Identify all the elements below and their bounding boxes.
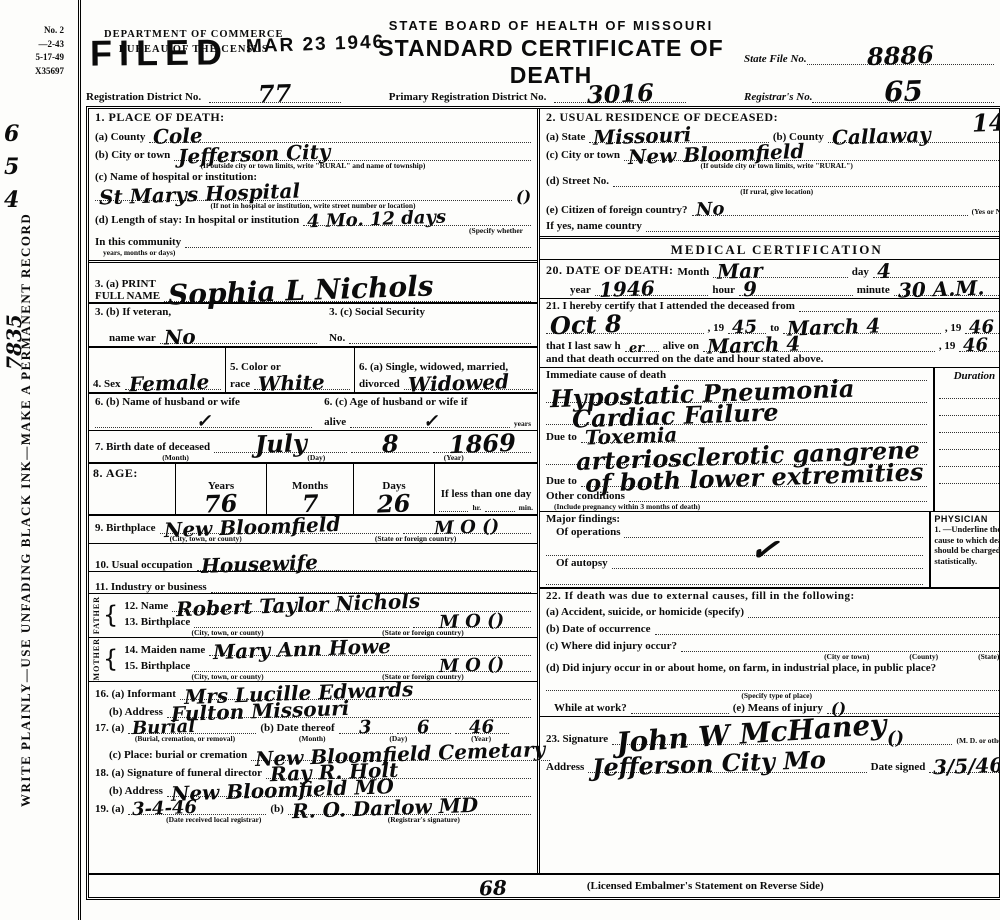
primary-district-label: Primary Registration District No.: [389, 91, 547, 103]
father-brace: {: [103, 601, 118, 629]
country-label: If yes, name country: [546, 220, 642, 232]
registration-district-label: Registration District No.: [86, 91, 201, 103]
dotted-line: [939, 416, 1000, 433]
external-cap-city: (City or town): [824, 652, 869, 661]
burial-date-month: 3: [359, 719, 372, 737]
dod-day-value: 4: [877, 261, 892, 281]
section-usual-residence: 14 2. USUAL RESIDENCE OF DECEASED: (a) S…: [540, 109, 1000, 239]
birthdate-label: 7. Birth date of deceased: [95, 441, 210, 453]
dotted-line: [939, 450, 1000, 467]
street-caption: (If rural, give location): [740, 187, 813, 196]
right-column: 14 2. USUAL RESIDENCE OF DECEASED: (a) S…: [540, 109, 1000, 873]
city-label: (b) City or town: [95, 149, 170, 161]
birthplace-state-value: M O (): [434, 518, 500, 538]
burial-label: 17. (a): [95, 722, 124, 734]
mother-birthplace-value: M O (): [439, 656, 505, 676]
place-heading: 1. PLACE OF DEATH:: [95, 110, 225, 125]
burial-value: Burial: [132, 718, 196, 738]
registrar-no-label: Registrar's No.: [744, 91, 812, 103]
operations-label: Of operations: [556, 526, 620, 538]
external-b-label: (b) Date of occurrence: [546, 623, 651, 635]
saw-label: that I last saw h: [546, 340, 621, 352]
last-seen-value: March 4: [707, 333, 801, 356]
while-at-work-label: While at work?: [554, 702, 627, 714]
birth-month-value: July: [254, 431, 307, 457]
name-label2: FULL NAME: [95, 290, 160, 302]
dod-minute-value: 30 A.M.: [897, 277, 984, 300]
other-conditions-caption: (Include pregnancy within 3 months of de…: [554, 502, 700, 511]
mother-birthplace-label: 15. Birthplace: [124, 660, 190, 672]
dod-hour-value: 9: [743, 279, 758, 299]
received-date-value: 3-4-46: [132, 799, 198, 819]
dotted-line: [939, 382, 1000, 399]
major-findings-block: Major findings: Of operations Of autopsy…: [540, 512, 1000, 589]
stay-caption: (Specify whether: [469, 226, 523, 235]
residence-corner-number: 14: [972, 110, 1000, 135]
funeral-director-label: 18. (a) Signature of funeral director: [95, 767, 262, 779]
birthdate-row: 7. Birth date of deceased July 8 1869 (M…: [89, 431, 537, 464]
primary-district-value: 3016: [586, 81, 654, 107]
certificate-body: 1. PLACE OF DEATH: (a) County Cole (b) C…: [86, 106, 1000, 900]
citizen-label: (e) Citizen of foreign country?: [546, 204, 688, 216]
due-to-label-2: Due to: [546, 475, 577, 487]
father-group: FATHER { 12. Name Robert Taylor Nichols …: [89, 594, 537, 638]
occupation-value: Housewife: [200, 552, 318, 576]
title-block: STATE BOARD OF HEALTH OF MISSOURI STANDA…: [336, 18, 766, 89]
autopsy-label: Of autopsy: [556, 557, 608, 569]
father-cap1: (City, town, or county): [192, 628, 264, 637]
industry-label: 11. Industry or business: [95, 581, 207, 593]
duration-label: Duration: [954, 370, 996, 382]
margin-handwritten-number: 6 5 4: [4, 118, 19, 217]
left-column: 1. PLACE OF DEATH: (a) County Cole (b) C…: [89, 109, 540, 873]
mother-group: MOTHER { 14. Maiden name Mary Ann Howe 1…: [89, 638, 537, 682]
spouse-age-label2: alive: [324, 416, 346, 428]
age-row: 8. AGE: Years 76 Months 7 Days 26 If les…: [89, 464, 537, 516]
residence-state-label: (a) State: [546, 131, 585, 143]
form-number-block: No. 2 —2-43 5-17-49 X35697: [6, 24, 64, 78]
ssn-label2: No.: [329, 332, 345, 344]
attended-from-value: Oct 8: [550, 312, 622, 338]
dod-year-value: 1946: [598, 278, 654, 300]
dotted-line: [939, 433, 1000, 450]
bottom-handwritten-number: 68: [479, 878, 508, 899]
burial-date-year: 46: [469, 719, 495, 738]
residence-city-value: New Bloomfield: [628, 141, 805, 167]
registrar-signature: R. O. Darlow MD: [291, 795, 478, 821]
form-number-line: —2-43: [6, 38, 64, 52]
informant-label: 16. (a) Informant: [95, 688, 176, 700]
findings-pen-mark: ✓: [747, 528, 781, 572]
father-birthplace-value: M O (): [439, 612, 505, 632]
margin-instruction-text: WRITE PLAINLY—USE UNFADING BLACK INK—MAK…: [18, 115, 34, 905]
occupation-label: 10. Usual occupation: [95, 559, 193, 571]
dotted-line: [939, 467, 1000, 484]
residence-county-value: Callaway: [832, 124, 931, 147]
birth-day-value: 8: [381, 432, 399, 457]
attended-row: 21. I hereby certify that I attended the…: [540, 299, 1000, 368]
external-heading: 22. If death was due to external causes,…: [546, 590, 855, 602]
date-signed-label: Date signed: [871, 761, 926, 773]
birthplace-label: 9. Birthplace: [95, 522, 156, 534]
state-file-label: State File No.: [744, 53, 807, 65]
external-causes-block: 22. If death was due to external causes,…: [540, 589, 1000, 717]
embalmer-note: (Licensed Embalmer's Statement on Revers…: [587, 880, 824, 892]
citizen-caption: (Yes or No): [972, 207, 1000, 216]
father-group-label: FATHER: [92, 596, 101, 634]
mother-name-label: 14. Maiden name: [124, 644, 205, 656]
veteran-ssn-row: 3. (b) If veteran, name war No 3. (c) So…: [89, 304, 537, 348]
spouse-age-label: 6. (c) Age of husband or wife if: [324, 396, 531, 408]
spouse-label: 6. (b) Name of husband or wife: [95, 396, 312, 408]
physician-signature-block: 23. Signature John W McHaney () (M. D. o…: [540, 717, 1000, 873]
sex-race-marital-row: 4. Sex Female 5. Color or race White 6. …: [89, 348, 537, 394]
burial-date-label: (b) Date thereof: [260, 722, 334, 734]
age-years-value: 76: [204, 491, 238, 516]
filed-stamp: FILED: [90, 31, 229, 74]
burial-date-day: 6: [417, 719, 430, 737]
physician-title: PHYSICIAN: [934, 514, 1000, 524]
bottom-strip: 68 (Licensed Embalmer's Statement on Rev…: [89, 873, 999, 897]
birth-day-caption: (Day): [307, 453, 325, 462]
race-value: White: [258, 372, 325, 394]
findings-label: Major findings:: [546, 513, 620, 525]
signature-label: 23. Signature: [546, 733, 608, 745]
dod-minute-label: minute: [857, 284, 890, 296]
board-title: STATE BOARD OF HEALTH OF MISSOURI: [336, 18, 766, 33]
registrar-sig-label: (b): [270, 803, 283, 815]
burial-rows: 17. (a) Burial (b) Date thereof 3 6 46 (…: [89, 718, 537, 761]
external-a-label: (a) Accident, suicide, or homicide (spec…: [546, 606, 744, 618]
dotted-line: [939, 399, 1000, 416]
informant-rows: 16. (a) Informant Mrs Lucille Edwards (b…: [89, 682, 537, 718]
mother-brace: {: [103, 645, 118, 673]
stray-mark: (): [516, 189, 532, 206]
birth-month-caption: (Month): [162, 453, 189, 462]
external-c-label: (c) Where did injury occur?: [546, 640, 677, 652]
state-file-value: 8886: [867, 43, 935, 69]
registrar-no-row: Registrar's No. 65: [744, 78, 994, 103]
informant-address-label: (b) Address: [109, 706, 163, 718]
hr-label: hr.: [472, 503, 481, 512]
last-seen-year: 46: [963, 337, 989, 356]
physician-note-box: PHYSICIAN 1. —Underline the cause to whi…: [929, 512, 1000, 587]
duration-column: Duration: [933, 368, 1000, 511]
street-label: (d) Street No.: [546, 175, 609, 187]
physician-address-label: Address: [546, 761, 584, 773]
marital-value: Widowed: [407, 371, 509, 395]
saw-label2: alive on: [663, 340, 699, 352]
city-value: Jefferson City: [178, 141, 331, 166]
form-number-line: No. 2: [6, 24, 64, 38]
father-name-label: 12. Name: [124, 600, 168, 612]
burial-cap-month: (Month): [299, 734, 326, 743]
community-caption: years, months or days): [103, 248, 175, 257]
county-label: (a) County: [95, 131, 145, 143]
min-label: min.: [519, 503, 533, 512]
mother-cap1: (City, town, or county): [192, 672, 264, 681]
certificate-title: STANDARD CERTIFICATE OF DEATH: [336, 35, 766, 89]
age-less-label: If less than one day: [441, 488, 531, 500]
cause-of-death-block: Immediate cause of death Hypostatic Pneu…: [540, 368, 1000, 512]
dod-day-label: day: [852, 266, 869, 278]
citizen-value: No: [695, 201, 724, 220]
burial-place-label: (c) Place: burial or cremation: [109, 749, 247, 761]
margin-divider: [78, 0, 81, 920]
attended-to-value: March 4: [787, 315, 881, 338]
date-signed-value: 3/5/46: [933, 755, 1000, 777]
veteran-label2: name war: [109, 332, 156, 344]
external-d-caption: (Specify type of place): [741, 691, 812, 700]
saw-her-value: er: [628, 342, 644, 356]
external-cap-county: (County): [909, 652, 938, 661]
funeral-address-label: (b) Address: [109, 785, 163, 797]
ssn-label: 3. (c) Social Security: [329, 306, 531, 318]
margin-handwritten-number-rotated: 7835: [2, 314, 26, 370]
registrar-no-value: 65: [883, 77, 923, 106]
registration-district-value: 77: [258, 81, 292, 106]
age-label: 8. AGE:: [93, 466, 171, 481]
dod-month-label: Month: [677, 266, 709, 278]
birthplace-value: New Bloomfield: [163, 514, 340, 540]
industry-row: 11. Industry or business: [89, 572, 537, 594]
mother-name-value: Mary Ann Howe: [213, 636, 392, 662]
district-row: Registration District No. 77 Primary Reg…: [86, 82, 686, 103]
death-certificate-document: WRITE PLAINLY—USE UNFADING BLACK INK—MAK…: [0, 0, 1000, 920]
race-label2: race: [230, 378, 250, 390]
sex-label: 4. Sex: [93, 378, 121, 390]
received-label: 19. (a): [95, 803, 124, 815]
birth-year-value: 1869: [448, 431, 516, 457]
dod-year-label: year: [570, 284, 591, 296]
dod-hour-label: hour: [712, 284, 735, 296]
residence-city-label: (c) City or town: [546, 149, 620, 161]
hospital-value: St Marys Hospital: [99, 180, 301, 207]
year-prefix2: , 19: [945, 322, 962, 334]
stay-value: 4 Mo. 12 days: [307, 209, 447, 232]
full-name-row: 3. (a) PRINT FULL NAME Sophia L Nichols: [89, 263, 537, 304]
community-label: In this community: [95, 236, 181, 248]
date-of-death-row: 20. DATE OF DEATH: Month Mar day 4 year …: [540, 260, 1000, 299]
informant-address-value: Fulton Missouri: [171, 698, 350, 724]
certificate-header: DEPARTMENT OF COMMERCE BUREAU OF THE CEN…: [86, 6, 998, 106]
marital-label2: divorced: [359, 378, 400, 390]
mother-group-label: MOTHER: [92, 638, 101, 680]
registrar-rows: 19. (a) 3-4-46 (b) R. O. Darlow MD (Date…: [89, 797, 537, 873]
external-cap-state: (State): [978, 652, 999, 661]
spouse-age-checkmark: ✓: [422, 413, 438, 432]
cause-label: Immediate cause of death: [546, 369, 666, 381]
form-number-line: 5-17-49: [6, 51, 64, 65]
spouse-checkmark: ✓: [196, 413, 212, 432]
physician-address-value: Jefferson City Mo: [592, 748, 827, 780]
year-prefix1: , 19: [708, 322, 725, 334]
year-prefix3: , 19: [939, 340, 956, 352]
state-file-row: State File No. 8886: [744, 44, 994, 65]
age-days-value: 26: [377, 491, 411, 516]
physician-note: 1. —Underline the cause to which death s…: [934, 524, 1000, 567]
signature-caption: (M. D. or other): [956, 736, 1000, 745]
funeral-director-rows: 18. (a) Signature of funeral director Ra…: [89, 761, 537, 797]
form-number-line: X35697: [6, 65, 64, 79]
spouse-age-suffix: years: [514, 419, 531, 428]
signature-pen-mark: (): [887, 730, 905, 749]
sex-value: Female: [128, 372, 209, 395]
veteran-value: No: [163, 326, 195, 347]
birthplace-row: 9. Birthplace New Bloomfield M O () (Cit…: [89, 516, 537, 544]
name-label: 3. (a) PRINT: [95, 278, 156, 290]
section-place-of-death: 1. PLACE OF DEATH: (a) County Cole (b) C…: [89, 109, 537, 263]
stay-label: (d) Length of stay: In hospital or insti…: [95, 214, 299, 226]
occupation-row: 10. Usual occupation Housewife: [89, 544, 537, 572]
medical-certification-heading: MEDICAL CERTIFICATION: [540, 239, 1000, 260]
spouse-row: 6. (b) Name of husband or wife ✓ 6. (c) …: [89, 394, 537, 431]
external-d-label: (d) Did injury occur in or about home, o…: [546, 662, 936, 674]
